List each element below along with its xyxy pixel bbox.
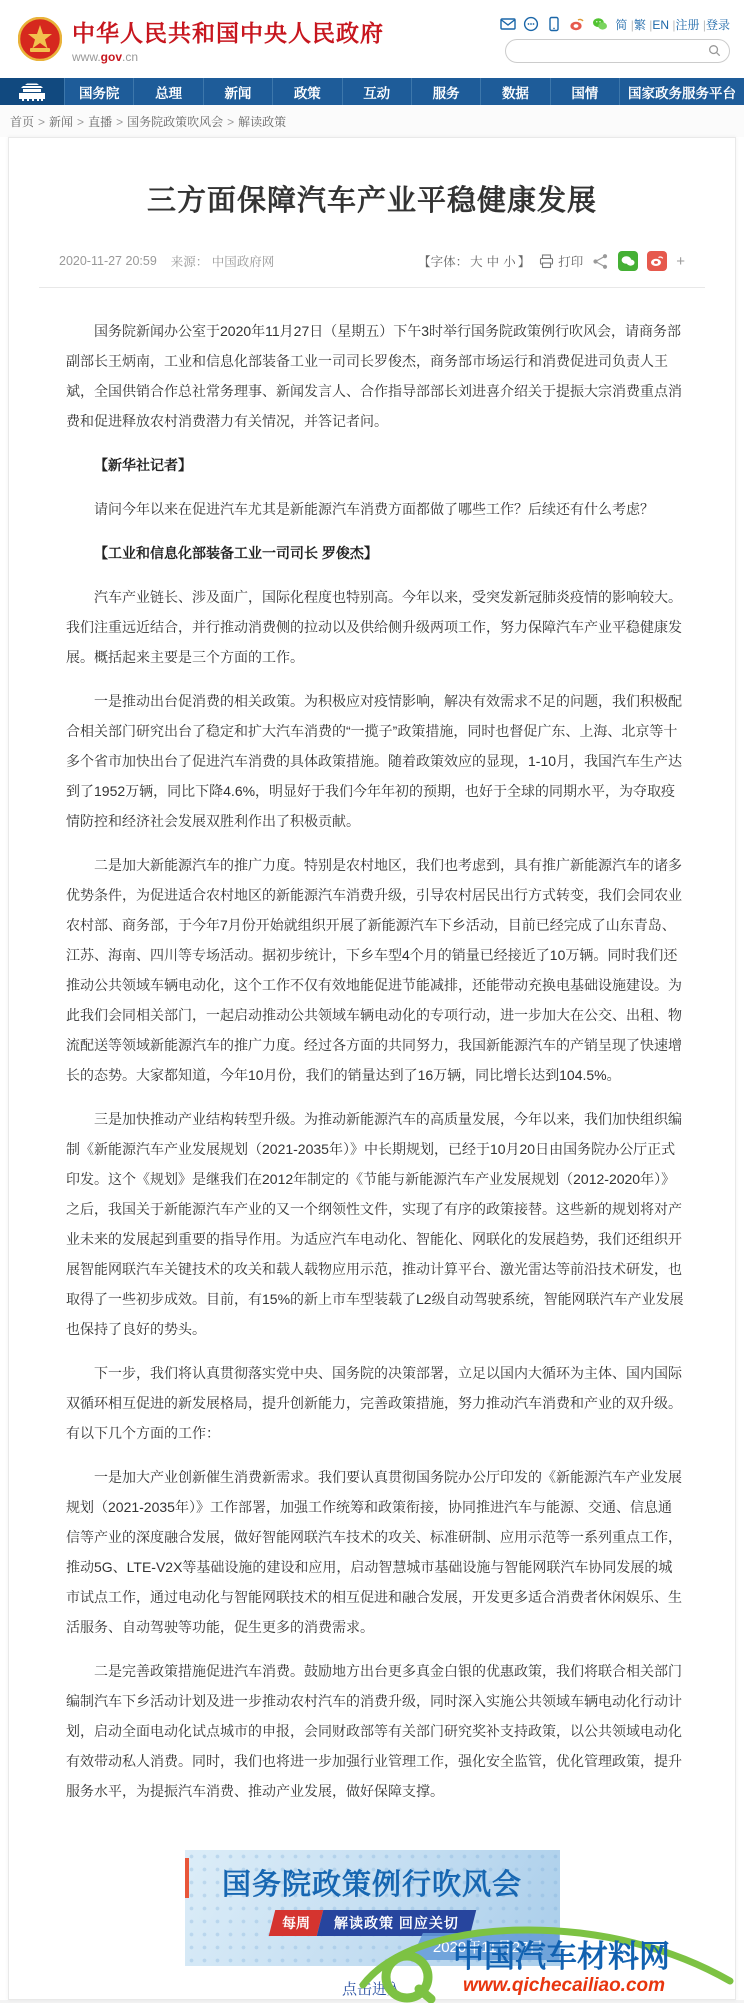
divider xyxy=(39,287,705,288)
banner-title: 国务院政策例行吹风会 xyxy=(185,1862,560,1903)
breadcrumb-item-国务院政策吹风会[interactable]: 国务院政策吹风会 xyxy=(127,115,223,129)
share-icon[interactable] xyxy=(592,253,609,270)
article-paragraph: 国务院新闻办公室于2020年11月27日（星期五）下午3时举行国务院政策例行吹风… xyxy=(66,316,685,436)
nav-item-总理[interactable]: 总理 xyxy=(133,78,202,105)
article-paragraph: 二是完善政策措施促进汽车消费。鼓励地方出台更多真金白银的优惠政策，我们将联合相关… xyxy=(66,1656,685,1806)
banner-accent xyxy=(185,1858,189,1898)
nav-home-tiananmen-icon[interactable] xyxy=(0,78,64,105)
font-size-control: 【字体：大中小】 xyxy=(418,252,530,270)
nav-item-国务院[interactable]: 国务院 xyxy=(64,78,133,105)
breadcrumb-item-解读政策[interactable]: 解读政策 xyxy=(238,115,286,129)
nav-item-政策[interactable]: 政策 xyxy=(272,78,341,105)
article-paragraph: 一是加大产业创新催生消费新需求。我们要认真贯彻国务院办公厅印发的《新能源汽车产业… xyxy=(66,1462,685,1642)
search-box xyxy=(505,39,730,63)
article-body: 国务院新闻办公室于2020年11月27日（星期五）下午3时举行国务院政策例行吹风… xyxy=(9,298,735,1846)
mobile-icon[interactable] xyxy=(546,16,562,32)
article-paragraph: 【新华社记者】 xyxy=(66,450,685,480)
article-paragraph: 【工业和信息化部装备工业一司司长 罗俊杰】 xyxy=(66,538,685,568)
message-icon[interactable] xyxy=(523,16,539,32)
mail-icon[interactable] xyxy=(500,16,516,32)
policy-briefing-banner[interactable]: 国务院政策例行吹风会 每周 解读政策 回应关切 2020年11月27日 xyxy=(185,1850,560,1966)
national-emblem-icon xyxy=(18,17,62,61)
article-paragraph: 请问今年以来在促进汽车尤其是新能源汽车消费方面都做了哪些工作？后续还有什么考虑？ xyxy=(66,494,685,524)
site-url: www.gov.cn xyxy=(72,50,384,64)
search-input[interactable] xyxy=(514,44,708,58)
article-paragraph: 汽车产业链长、涉及面广，国际化程度也特别高。今年以来，受突发新冠肺炎疫情的影响较… xyxy=(66,582,685,672)
font-size-大[interactable]: 大 xyxy=(470,255,483,269)
article-date: 2020-11-27 20:59 xyxy=(59,254,157,268)
wechat-icon[interactable] xyxy=(592,16,608,32)
page: 中华人民共和国中央人民政府 www.gov.cn 简 |繁 |EN |注册 |登… xyxy=(0,0,744,2000)
breadcrumb-item-新闻[interactable]: 新闻 xyxy=(49,115,73,129)
font-size-小[interactable]: 小 xyxy=(503,255,516,269)
breadcrumb: 首页>新闻>直播>国务院政策吹风会>解读政策 xyxy=(0,105,744,137)
print-icon xyxy=(539,254,554,269)
weibo-icon[interactable] xyxy=(569,16,585,32)
article-card: 三方面保障汽车产业平稳健康发展 2020-11-27 20:59 来源： 中国政… xyxy=(8,137,736,2000)
print-button[interactable]: 打印 xyxy=(539,252,583,270)
enter-link[interactable]: 点击进入 xyxy=(312,1978,432,1999)
breadcrumb-item-直播[interactable]: 直播 xyxy=(88,115,112,129)
article-source: 来源： 中国政府网 xyxy=(171,252,275,270)
share-more-button[interactable]: + xyxy=(676,253,685,270)
nav-item-服务[interactable]: 服务 xyxy=(411,78,480,105)
weibo-share-icon[interactable] xyxy=(647,251,667,271)
article-paragraph: 二是加大新能源汽车的推广力度。特别是农村地区，我们也考虑到，具有推广新能源汽车的… xyxy=(66,850,685,1090)
page-title: 三方面保障汽车产业平稳健康发展 xyxy=(9,178,735,219)
site-logo[interactable]: 中华人民共和国中央人民政府 www.gov.cn xyxy=(18,15,384,64)
nav-item-数据[interactable]: 数据 xyxy=(480,78,549,105)
site-title: 中华人民共和国中央人民政府 xyxy=(72,15,384,48)
header-link-繁[interactable]: 繁 xyxy=(634,18,646,32)
search-icon[interactable] xyxy=(708,44,721,57)
article-meta-row: 2020-11-27 20:59 来源： 中国政府网 【字体：大中小】 打印 + xyxy=(9,251,735,271)
header-link-注册[interactable]: 注册 xyxy=(676,18,700,32)
nav-item-新闻[interactable]: 新闻 xyxy=(203,78,272,105)
breadcrumb-item-首页[interactable]: 首页 xyxy=(10,115,34,129)
header-link-简[interactable]: 简 xyxy=(615,18,627,32)
article-paragraph: 一是推动出台促消费的相关政策。为积极应对疫情影响，解决有效需求不足的问题，我们积… xyxy=(66,686,685,836)
site-header: 中华人民共和国中央人民政府 www.gov.cn 简 |繁 |EN |注册 |登… xyxy=(0,0,744,78)
header-link-EN[interactable]: EN xyxy=(652,18,669,32)
article-paragraph: 下一步，我们将认真贯彻落实党中央、国务院的决策部署，立足以国内大循环为主体、国内… xyxy=(66,1358,685,1448)
article-paragraph: 三是加快推动产业结构转型升级。为推动新能源汽车的高质量发展，今年以来，我们加快组… xyxy=(66,1104,685,1344)
banner-date: 2020年11月27日 xyxy=(411,1933,560,1960)
banner-ribbon-text: 解读政策 回应关切 xyxy=(316,1910,475,1936)
nav-item-互动[interactable]: 互动 xyxy=(342,78,411,105)
header-quick-links: 简 |繁 |EN |注册 |登录 xyxy=(500,16,730,33)
font-size-中[interactable]: 中 xyxy=(487,255,500,269)
banner-ribbon: 每周 解读政策 回应关切 xyxy=(268,1910,475,1936)
wechat-share-icon[interactable] xyxy=(618,251,638,271)
banner-ribbon-tag: 每周 xyxy=(268,1910,322,1936)
nav-item-国情[interactable]: 国情 xyxy=(550,78,619,105)
main-nav: 国务院总理新闻政策互动服务数据国情国家政务服务平台 xyxy=(0,78,744,105)
nav-item-国家政务服务平台[interactable]: 国家政务服务平台 xyxy=(619,78,744,105)
header-link-登录[interactable]: 登录 xyxy=(706,18,730,32)
